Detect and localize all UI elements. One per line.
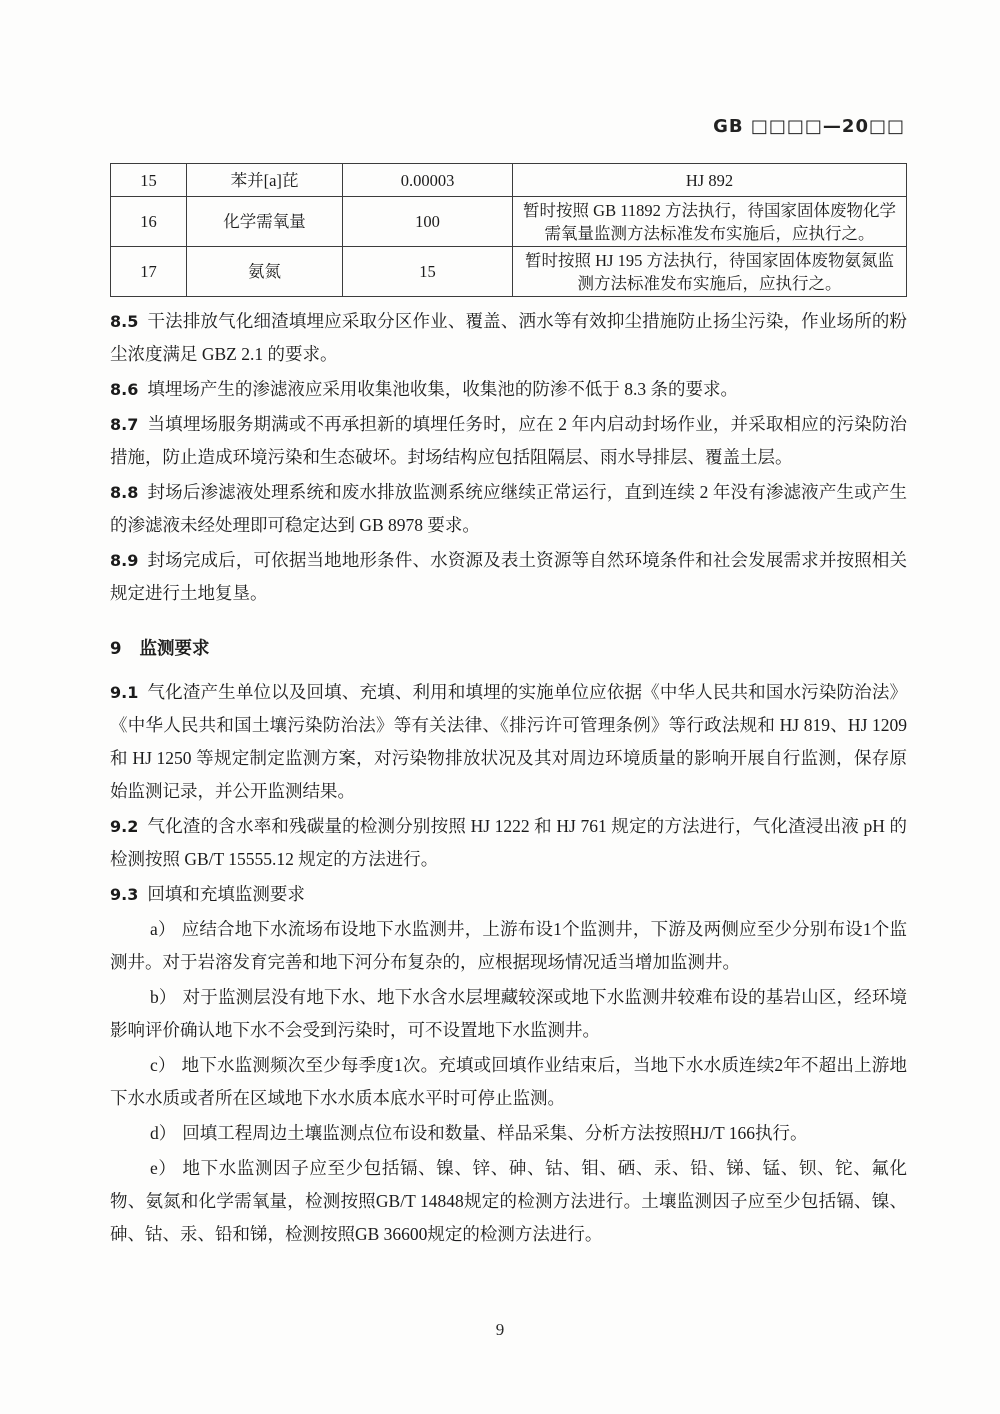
standard-doc-code: GB □□□□—20□□ (713, 116, 905, 137)
clause-9-3: 9.3回填和充填监测要求 (110, 878, 907, 911)
table-row: 16 化学需氧量 100 暂时按照 GB 11892 方法执行，待国家固体废物化… (111, 197, 907, 247)
item-label: b） (150, 987, 177, 1007)
item-label: a） (150, 919, 176, 939)
item-c: c）地下水监测频次至少每季度1次。充填或回填作业结束后，当地下水水质连续2年不超… (110, 1049, 907, 1115)
item-b: b）对于监测层没有地下水、地下水含水层埋藏较深或地下水监测井较难布设的基岩山区，… (110, 981, 907, 1047)
document-page: GB □□□□—20□□ 15 苯并[a]芘 0.00003 HJ 892 16… (0, 0, 1000, 1414)
item-label: d） (150, 1123, 176, 1143)
table-cell-limit: 100 (343, 197, 513, 247)
chapter-9-heading: 9监测要求 (110, 632, 907, 666)
clause-8-8: 8.8封场后渗滤液处理系统和废水排放监测系统应继续正常运行，直到连续 2 年没有… (110, 476, 907, 542)
clause-9-2: 9.2气化渣的含水率和残碳量的检测分别按照 HJ 1222 和 HJ 761 规… (110, 810, 907, 876)
item-label: e） (150, 1158, 177, 1178)
item-a: a）应结合地下水流场布设地下水监测井，上游布设1个监测井，下游及两侧应至少分别布… (110, 913, 907, 979)
clause-8-9: 8.9封场完成后，可依据当地地形条件、水资源及表土资源等自然环境条件和社会发展需… (110, 544, 907, 610)
item-label: c） (150, 1055, 176, 1075)
clause-number: 8.9 (110, 551, 138, 570)
table-cell-name: 苯并[a]芘 (187, 164, 343, 197)
table-cell-method: 暂时按照 GB 11892 方法执行，待国家固体废物化学需氧量监测方法标准发布实… (513, 197, 907, 247)
clause-number: 9.2 (110, 817, 138, 836)
table-cell-limit: 0.00003 (343, 164, 513, 197)
clause-text: 干法排放气化细渣填埋应采取分区作业、覆盖、洒水等有效抑尘措施防止扬尘污染，作业场… (110, 311, 907, 364)
clause-number: 9.1 (110, 683, 138, 702)
table-cell-no: 17 (111, 247, 187, 297)
clause-number: 8.8 (110, 483, 138, 502)
clause-text: 封场后渗滤液处理系统和废水排放监测系统应继续正常运行，直到连续 2 年没有渗滤液… (110, 482, 907, 535)
table-cell-no: 15 (111, 164, 187, 197)
chapter-title: 监测要求 (139, 639, 209, 659)
item-text: 地下水监测因子应至少包括镉、镍、锌、砷、钴、钼、硒、汞、铅、锑、锰、钡、铊、氟化… (110, 1158, 907, 1244)
clause-number: 8.5 (110, 312, 138, 331)
clause-text: 封场完成后，可依据当地地形条件、水资源及表土资源等自然环境条件和社会发展需求并按… (110, 550, 907, 603)
clause-text: 当填埋场服务期满或不再承担新的填埋任务时，应在 2 年内启动封场作业，并采取相应… (110, 414, 907, 467)
clause-8-5: 8.5干法排放气化细渣填埋应采取分区作业、覆盖、洒水等有效抑尘措施防止扬尘污染，… (110, 305, 907, 371)
table-cell-no: 16 (111, 197, 187, 247)
item-e: e）地下水监测因子应至少包括镉、镍、锌、砷、钴、钼、硒、汞、铅、锑、锰、钡、铊、… (110, 1152, 907, 1251)
clause-number: 8.6 (110, 380, 138, 399)
clause-number: 9.3 (110, 885, 138, 904)
clause-text: 气化渣的含水率和残碳量的检测分别按照 HJ 1222 和 HJ 761 规定的方… (110, 816, 907, 869)
clause-8-7: 8.7当填埋场服务期满或不再承担新的填埋任务时，应在 2 年内启动封场作业，并采… (110, 408, 907, 474)
page-number: 9 (0, 1320, 1000, 1340)
clause-number: 8.7 (110, 415, 138, 434)
item-d: d）回填工程周边土壤监测点位布设和数量、样品采集、分析方法按照HJ/T 166执… (110, 1117, 907, 1150)
table-cell-name: 化学需氧量 (187, 197, 343, 247)
item-text: 应结合地下水流场布设地下水监测井，上游布设1个监测井，下游及两侧应至少分别布设1… (110, 919, 907, 972)
table-cell-method: 暂时按照 HJ 195 方法执行，待国家固体废物氨氮监测方法标准发布实施后，应执… (513, 247, 907, 297)
table-cell-name: 氨氮 (187, 247, 343, 297)
table-row: 15 苯并[a]芘 0.00003 HJ 892 (111, 164, 907, 197)
clause-text: 气化渣产生单位以及回填、充填、利用和填埋的实施单位应依据《中华人民共和国水污染防… (110, 682, 907, 801)
item-text: 地下水监测频次至少每季度1次。充填或回填作业结束后，当地下水水质连续2年不超出上… (110, 1055, 907, 1108)
clause-8-6: 8.6填埋场产生的渗滤液应采用收集池收集，收集池的防渗不低于 8.3 条的要求。 (110, 373, 907, 406)
clause-text: 填埋场产生的渗滤液应采用收集池收集，收集池的防渗不低于 8.3 条的要求。 (147, 379, 738, 399)
pollutant-limits-table: 15 苯并[a]芘 0.00003 HJ 892 16 化学需氧量 100 暂时… (110, 163, 907, 297)
item-text: 回填工程周边土壤监测点位布设和数量、样品采集、分析方法按照HJ/T 166执行。 (182, 1123, 807, 1143)
item-text: 对于监测层没有地下水、地下水含水层埋藏较深或地下水监测井较难布设的基岩山区，经环… (110, 987, 907, 1040)
table-cell-method: HJ 892 (513, 164, 907, 197)
page-content: 15 苯并[a]芘 0.00003 HJ 892 16 化学需氧量 100 暂时… (110, 163, 907, 1253)
table-cell-limit: 15 (343, 247, 513, 297)
chapter-number: 9 (110, 639, 121, 658)
clause-text: 回填和充填监测要求 (147, 884, 305, 904)
clause-9-1: 9.1气化渣产生单位以及回填、充填、利用和填埋的实施单位应依据《中华人民共和国水… (110, 676, 907, 808)
table-row: 17 氨氮 15 暂时按照 HJ 195 方法执行，待国家固体废物氨氮监测方法标… (111, 247, 907, 297)
